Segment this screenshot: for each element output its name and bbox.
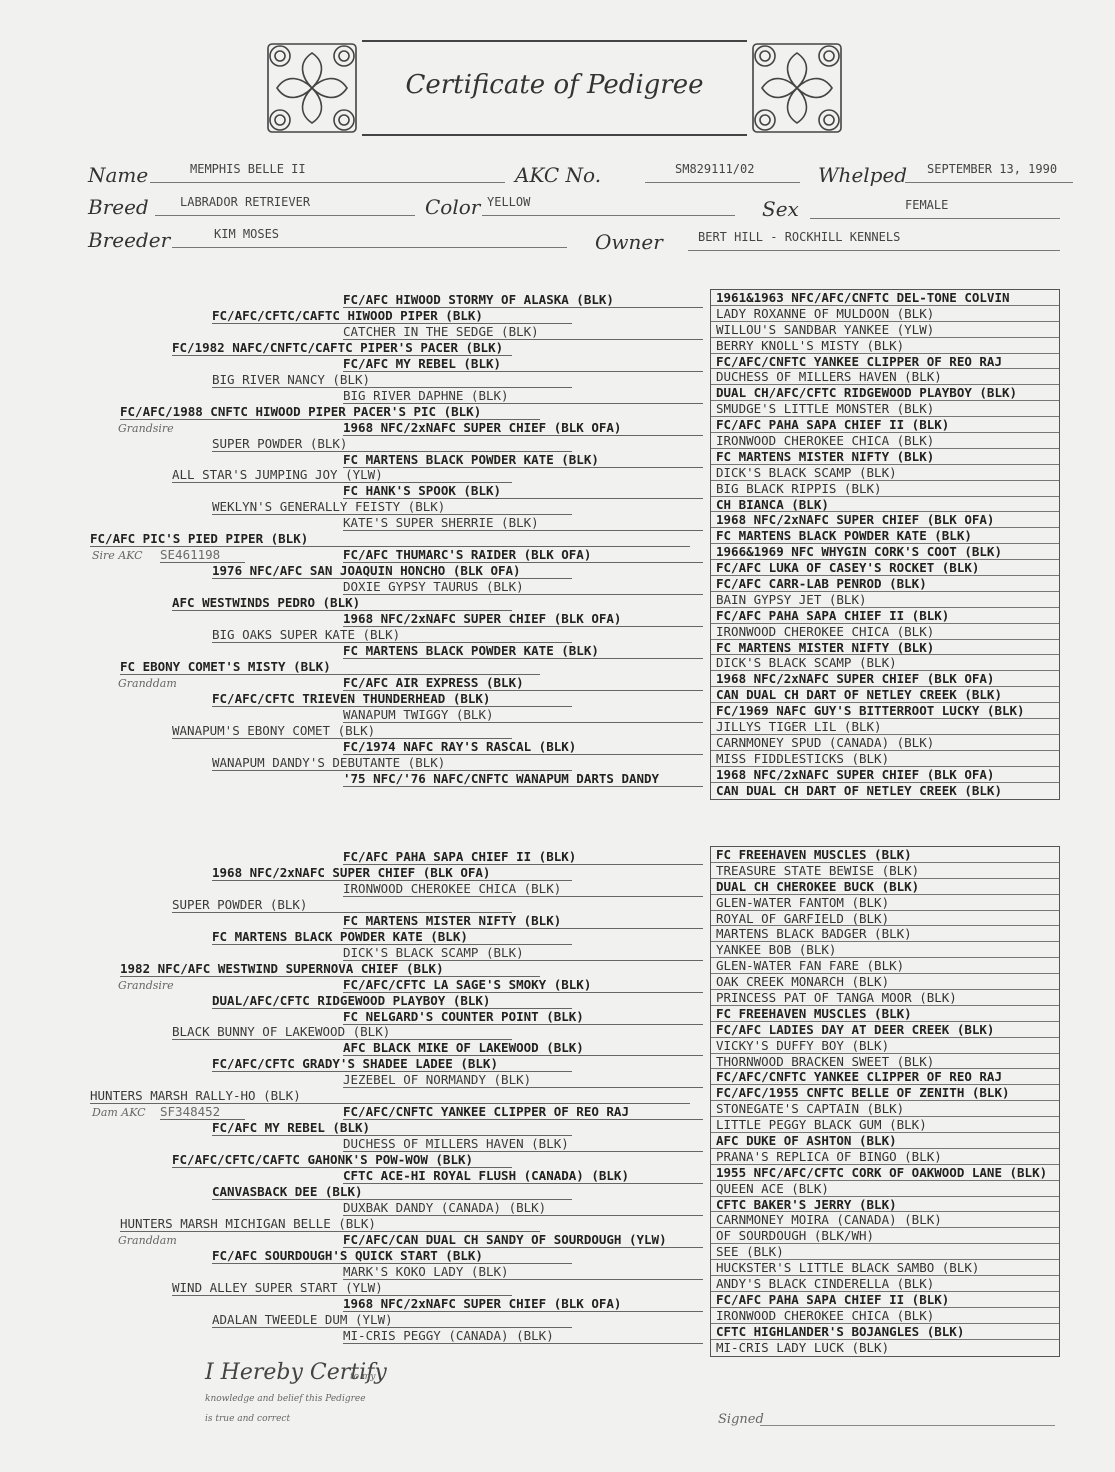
sire-gen6-entry: FC/AFC CARR-LAB PENROD (BLK) [711, 576, 1059, 592]
dam-grandsire-label: Grandsire [118, 979, 174, 992]
dam-gen6-entry: THORNWOOD BRACKEN SWEET (BLK) [711, 1054, 1059, 1070]
sex-label: Sex [762, 197, 799, 221]
dam-gen6-entry: 1955 NFC/AFC/CFTC CORK OF OAKWOOD LANE (… [711, 1165, 1059, 1181]
dam-gen4-entry: 1968 NFC/2xNAFC SUPER CHIEF (BLK OFA) [212, 865, 572, 881]
signed-label: Signed [718, 1412, 764, 1427]
sire-gen6-entry: 1968 NFC/2xNAFC SUPER CHIEF (BLK OFA) [711, 512, 1059, 528]
breed-label: Breed [88, 195, 149, 219]
breeder-value: KIM MOSES [214, 227, 279, 241]
dam-akc-number: SF348452 [160, 1104, 245, 1120]
sire-gen6-entry: FC/1969 NAFC GUY'S BITTERROOT LUCKY (BLK… [711, 703, 1059, 719]
dam-gen6-entry: FC/AFC/1955 CNFTC BELLE OF ZENITH (BLK) [711, 1085, 1059, 1101]
sire-gen4-entry: 1976 NFC/AFC SAN JOAQUIN HONCHO (BLK OFA… [212, 563, 572, 579]
dam-gen5-entry: 1968 NFC/2xNAFC SUPER CHIEF (BLK OFA) [343, 1296, 703, 1312]
dam-gen5-entry: FC/AFC/CFTC LA SAGE'S SMOKY (BLK) [343, 977, 703, 993]
dam-gen5-entry: FC/AFC/CAN DUAL CH SANDY OF SOURDOUGH (Y… [343, 1232, 703, 1248]
dam-gen6-entry: CARNMONEY MOIRA (CANADA) (BLK) [711, 1212, 1059, 1228]
sire-gen6-entry: LADY ROXANNE OF MULDOON (BLK) [711, 306, 1059, 322]
sire-gen6-entry: BIG BLACK RIPPIS (BLK) [711, 481, 1059, 497]
sire-gen5-entry: FC HANK'S SPOOK (BLK) [343, 483, 703, 499]
sire-gen6-entry: 1968 NFC/2xNAFC SUPER CHIEF (BLK OFA) [711, 767, 1059, 783]
sire-gen2-entry: FC/AFC/1988 CNFTC HIWOOD PIPER PACER'S P… [120, 404, 540, 420]
sire-gen6-entry: CH BIANCA (BLK) [711, 497, 1059, 513]
dam-gen4-entry: DUAL/AFC/CFTC RIDGEWOOD PLAYBOY (BLK) [212, 993, 572, 1009]
dam-gen3-entry: SUPER POWDER (BLK) [172, 897, 512, 913]
whelped-label: Whelped [818, 163, 907, 187]
sire-gen5-entry: 1968 NFC/2xNAFC SUPER CHIEF (BLK OFA) [343, 611, 703, 627]
certificate-banner: Certificate of Pedigree [262, 38, 847, 138]
sire-gen5-entry: WANAPUM TWIGGY (BLK) [343, 707, 703, 723]
dam-gen3-entry: WIND ALLEY SUPER START (YLW) [172, 1280, 512, 1296]
sire-gen5-entry: FC/AFC HIWOOD STORMY OF ALASKA (BLK) [343, 292, 703, 308]
acanthus-ornament-icon [262, 38, 362, 138]
dam-gen6-entry: OF SOURDOUGH (BLK/WH) [711, 1228, 1059, 1244]
certify-line-1: to my [350, 1372, 376, 1382]
sire-gen6-entry: 1968 NFC/2xNAFC SUPER CHIEF (BLK OFA) [711, 671, 1059, 687]
dam-gen2-entry: 1982 NFC/AFC WESTWIND SUPERNOVA CHIEF (B… [120, 961, 540, 977]
dam-gen6-entry: HUCKSTER'S LITTLE BLACK SAMBO (BLK) [711, 1260, 1059, 1276]
signature-line[interactable] [760, 1425, 1055, 1426]
dam-gen6-entry: FC FREEHAVEN MUSCLES (BLK) [711, 847, 1059, 863]
breed-field: LABRADOR RETRIEVER [155, 193, 415, 216]
dam-gen6-box: FC FREEHAVEN MUSCLES (BLK)TREASURE STATE… [710, 846, 1060, 1357]
sire-gen6-entry: CARNMONEY SPUD (CANADA) (BLK) [711, 735, 1059, 751]
certify-line-3: is true and correct [205, 1414, 290, 1424]
sire-gen4-entry: BIG OAKS SUPER KATE (BLK) [212, 627, 572, 643]
dam-gen6-entry: QUEEN ACE (BLK) [711, 1181, 1059, 1197]
dam-gen6-entry: PRINCESS PAT OF TANGA MOOR (BLK) [711, 990, 1059, 1006]
dam-gen6-entry: OAK CREEK MONARCH (BLK) [711, 974, 1059, 990]
dam-gen6-entry: FC FREEHAVEN MUSCLES (BLK) [711, 1006, 1059, 1022]
owner-label: Owner [595, 230, 663, 254]
sire-gen5-entry: 1968 NFC/2xNAFC SUPER CHIEF (BLK OFA) [343, 420, 703, 436]
name-label: Name [88, 163, 148, 187]
sire-gen3-entry: FC/1982 NAFC/CNFTC/CAFTC PIPER'S PACER (… [172, 340, 512, 356]
dam-gen6-entry: STONEGATE'S CAPTAIN (BLK) [711, 1101, 1059, 1117]
sire-gen2-entry: FC EBONY COMET'S MISTY (BLK) [120, 659, 540, 675]
banner-bottom-rule [362, 134, 747, 136]
dam-gen5-entry: DUCHESS OF MILLERS HAVEN (BLK) [343, 1136, 703, 1152]
dam-gen4-entry: FC/AFC/CFTC GRADY'S SHADEE LADEE (BLK) [212, 1056, 572, 1072]
sire-parent-entry: FC/AFC PIC'S PIED PIPER (BLK) [90, 531, 690, 547]
sire-gen5-entry: KATE'S SUPER SHERRIE (BLK) [343, 515, 703, 531]
sire-gen6-entry: 1961&1963 NFC/AFC/CNFTC DEL-TONE COLVIN [711, 290, 1059, 306]
dam-gen4-entry: CANVASBACK DEE (BLK) [212, 1184, 572, 1200]
dam-gen3-entry: FC/AFC/CFTC/CAFTC GAHONK'S POW-WOW (BLK) [172, 1152, 512, 1168]
sire-gen6-entry: FC MARTENS MISTER NIFTY (BLK) [711, 449, 1059, 465]
dam-granddam-label: Granddam [118, 1234, 177, 1247]
dam-gen6-entry: FC/AFC PAHA SAPA CHIEF II (BLK) [711, 1292, 1059, 1308]
dam-gen6-entry: LITTLE PEGGY BLACK GUM (BLK) [711, 1117, 1059, 1133]
dam-gen5-entry: CFTC ACE-HI ROYAL FLUSH (CANADA) (BLK) [343, 1168, 703, 1184]
sire-gen4-entry: WEKLYN'S GENERALLY FEISTY (BLK) [212, 499, 572, 515]
sex-value: FEMALE [905, 198, 948, 212]
dam-gen6-entry: YANKEE BOB (BLK) [711, 942, 1059, 958]
dam-gen6-entry: FC/AFC/CNFTC YANKEE CLIPPER OF REO RAJ [711, 1069, 1059, 1085]
dam-gen6-entry: DUAL CH CHEROKEE BUCK (BLK) [711, 879, 1059, 895]
dam-gen5-entry: IRONWOOD CHEROKEE CHICA (BLK) [343, 881, 703, 897]
sire-gen6-entry: FC/AFC LUKA OF CASEY'S ROCKET (BLK) [711, 560, 1059, 576]
sire-gen6-entry: JILLYS TIGER LIL (BLK) [711, 719, 1059, 735]
breeder-label: Breeder [88, 228, 170, 252]
sire-gen6-entry: FC/AFC PAHA SAPA CHIEF II (BLK) [711, 417, 1059, 433]
sire-gen6-entry: DICK'S BLACK SCAMP (BLK) [711, 655, 1059, 671]
dam-gen6-entry: IRONWOOD CHEROKEE CHICA (BLK) [711, 1308, 1059, 1324]
sire-gen6-entry: DUCHESS OF MILLERS HAVEN (BLK) [711, 369, 1059, 385]
certify-line-2: knowledge and belief this Pedigree [205, 1394, 366, 1404]
whelped-value: SEPTEMBER 13, 1990 [927, 162, 1057, 176]
dam-gen6-entry: FC/AFC LADIES DAY AT DEER CREEK (BLK) [711, 1022, 1059, 1038]
dam-gen6-entry: ROYAL OF GARFIELD (BLK) [711, 911, 1059, 927]
dam-gen5-entry: AFC BLACK MIKE OF LAKEWOOD (BLK) [343, 1040, 703, 1056]
sire-gen5-entry: FC/AFC THUMARC'S RAIDER (BLK OFA) [343, 547, 703, 563]
dam-gen5-entry: MI-CRIS PEGGY (CANADA) (BLK) [343, 1328, 703, 1344]
sire-gen5-entry: FC/AFC AIR EXPRESS (BLK) [343, 675, 703, 691]
breeder-field: KIM MOSES [172, 225, 567, 248]
color-label: Color [425, 195, 480, 219]
sire-gen6-entry: WILLOU'S SANDBAR YANKEE (YLW) [711, 322, 1059, 338]
sire-akc-number: SE461198 [160, 547, 245, 563]
dam-gen6-entry: ANDY'S BLACK CINDERELLA (BLK) [711, 1276, 1059, 1292]
sire-gen6-entry: IRONWOOD CHEROKEE CHICA (BLK) [711, 624, 1059, 640]
dam-gen5-entry: JEZEBEL OF NORMANDY (BLK) [343, 1072, 703, 1088]
dam-gen6-entry: MI-CRIS LADY LUCK (BLK) [711, 1340, 1059, 1356]
dam-gen6-entry: VICKY'S DUFFY BOY (BLK) [711, 1038, 1059, 1054]
sire-gen5-entry: FC MARTENS BLACK POWDER KATE (BLK) [343, 643, 703, 659]
sire-gen3-entry: WANAPUM'S EBONY COMET (BLK) [172, 723, 512, 739]
sire-gen6-entry: FC MARTENS MISTER NIFTY (BLK) [711, 640, 1059, 656]
name-value: MEMPHIS BELLE II [190, 162, 306, 176]
dam-gen5-entry: DICK'S BLACK SCAMP (BLK) [343, 945, 703, 961]
color-field: YELLOW [482, 193, 735, 216]
sire-gen6-entry: BERRY KNOLL'S MISTY (BLK) [711, 338, 1059, 354]
dam-gen6-entry: CFTC HIGHLANDER'S BOJANGLES (BLK) [711, 1324, 1059, 1340]
whelped-field: SEPTEMBER 13, 1990 [905, 160, 1073, 183]
dam-gen3-entry: BLACK BUNNY OF LAKEWOOD (BLK) [172, 1024, 512, 1040]
sire-gen6-entry: SMUDGE'S LITTLE MONSTER (BLK) [711, 401, 1059, 417]
name-field: MEMPHIS BELLE II [150, 160, 505, 183]
dam-akc-label: Dam AKC [92, 1106, 146, 1119]
sire-gen6-entry: DUAL CH/AFC/CFTC RIDGEWOOD PLAYBOY (BLK) [711, 385, 1059, 401]
sire-gen6-entry: IRONWOOD CHEROKEE CHICA (BLK) [711, 433, 1059, 449]
dam-gen5-entry: MARK'S KOKO LADY (BLK) [343, 1264, 703, 1280]
owner-value: BERT HILL - ROCKHILL KENNELS [698, 230, 900, 244]
dam-gen6-entry: AFC DUKE OF ASHTON (BLK) [711, 1133, 1059, 1149]
sire-gen5-entry: '75 NFC/'76 NAFC/CNFTC WANAPUM DARTS DAN… [343, 771, 703, 787]
sire-gen6-box: 1961&1963 NFC/AFC/CNFTC DEL-TONE COLVINL… [710, 289, 1060, 800]
sire-gen5-entry: FC/AFC MY REBEL (BLK) [343, 356, 703, 372]
owner-field: BERT HILL - ROCKHILL KENNELS [688, 228, 1060, 251]
sire-gen4-entry: BIG RIVER NANCY (BLK) [212, 372, 572, 388]
akc-no-label: AKC No. [515, 163, 601, 187]
sire-gen3-entry: AFC WESTWINDS PEDRO (BLK) [172, 595, 512, 611]
dam-gen4-entry: FC/AFC SOURDOUGH'S QUICK START (BLK) [212, 1248, 572, 1264]
dam-gen5-entry: FC/AFC PAHA SAPA CHIEF II (BLK) [343, 849, 703, 865]
sire-gen5-entry: FC/1974 NAFC RAY'S RASCAL (BLK) [343, 739, 703, 755]
sire-gen6-entry: BAIN GYPSY JET (BLK) [711, 592, 1059, 608]
sire-gen6-entry: DICK'S BLACK SCAMP (BLK) [711, 465, 1059, 481]
sire-grandsire-label: Grandsire [118, 422, 174, 435]
breed-value: LABRADOR RETRIEVER [180, 195, 310, 209]
dam-gen4-entry: FC MARTENS BLACK POWDER KATE (BLK) [212, 929, 572, 945]
dam-gen4-entry: FC/AFC MY REBEL (BLK) [212, 1120, 572, 1136]
acanthus-ornament-icon [747, 38, 847, 138]
sire-gen6-entry: FC/AFC/CNFTC YANKEE CLIPPER OF REO RAJ [711, 354, 1059, 370]
sire-gen6-entry: 1966&1969 NFC WHYGIN CORK'S COOT (BLK) [711, 544, 1059, 560]
dam-gen4-entry: ADALAN TWEEDLE DUM (YLW) [212, 1312, 572, 1328]
sire-gen3-entry: ALL STAR'S JUMPING JOY (YLW) [172, 467, 512, 483]
dam-gen2-entry: HUNTERS MARSH MICHIGAN BELLE (BLK) [120, 1216, 540, 1232]
dam-gen5-entry: FC/AFC/CNFTC YANKEE CLIPPER OF REO RAJ [343, 1104, 703, 1120]
sire-akc-label: Sire AKC [92, 549, 143, 562]
dam-gen6-entry: MARTENS BLACK BADGER (BLK) [711, 926, 1059, 942]
sire-gen4-entry: FC/AFC/CFTC/CAFTC HIWOOD PIPER (BLK) [212, 308, 572, 324]
dam-gen6-entry: PRANA'S REPLICA OF BINGO (BLK) [711, 1149, 1059, 1165]
sire-gen5-entry: FC MARTENS BLACK POWDER KATE (BLK) [343, 452, 703, 468]
color-value: YELLOW [487, 195, 530, 209]
dam-gen6-entry: CFTC BAKER'S JERRY (BLK) [711, 1197, 1059, 1213]
sire-gen4-entry: WANAPUM DANDY'S DEBUTANTE (BLK) [212, 755, 572, 771]
dam-parent-entry: HUNTERS MARSH RALLY-HO (BLK) [90, 1088, 690, 1104]
dam-gen6-entry: GLEN-WATER FAN FARE (BLK) [711, 958, 1059, 974]
sire-gen5-entry: BIG RIVER DAPHNE (BLK) [343, 388, 703, 404]
akc-no-field: SM829111/02 [645, 160, 800, 183]
dam-gen6-entry: TREASURE STATE BEWISE (BLK) [711, 863, 1059, 879]
sire-gen4-entry: SUPER POWDER (BLK) [212, 436, 572, 452]
dam-gen5-entry: FC MARTENS MISTER NIFTY (BLK) [343, 913, 703, 929]
sire-gen5-entry: DOXIE GYPSY TAURUS (BLK) [343, 579, 703, 595]
sire-gen5-entry: CATCHER IN THE SEDGE (BLK) [343, 324, 703, 340]
dam-gen5-entry: DUXBAK DANDY (CANADA) (BLK) [343, 1200, 703, 1216]
banner-top-rule [362, 40, 747, 42]
sire-granddam-label: Granddam [118, 677, 177, 690]
dam-gen6-entry: GLEN-WATER FANTOM (BLK) [711, 895, 1059, 911]
sire-gen6-entry: CAN DUAL CH DART OF NETLEY CREEK (BLK) [711, 687, 1059, 703]
dam-gen6-entry: SEE (BLK) [711, 1244, 1059, 1260]
sire-gen6-entry: CAN DUAL CH DART OF NETLEY CREEK (BLK) [711, 783, 1059, 799]
sire-gen4-entry: FC/AFC/CFTC TRIEVEN THUNDERHEAD (BLK) [212, 691, 572, 707]
akc-no-value: SM829111/02 [675, 162, 754, 176]
sex-field: FEMALE [810, 196, 1060, 219]
sire-gen6-entry: FC/AFC PAHA SAPA CHIEF II (BLK) [711, 608, 1059, 624]
certificate-title: Certificate of Pedigree [362, 70, 747, 100]
sire-gen6-entry: MISS FIDDLESTICKS (BLK) [711, 751, 1059, 767]
sire-gen6-entry: FC MARTENS BLACK POWDER KATE (BLK) [711, 528, 1059, 544]
dam-gen5-entry: FC NELGARD'S COUNTER POINT (BLK) [343, 1009, 703, 1025]
